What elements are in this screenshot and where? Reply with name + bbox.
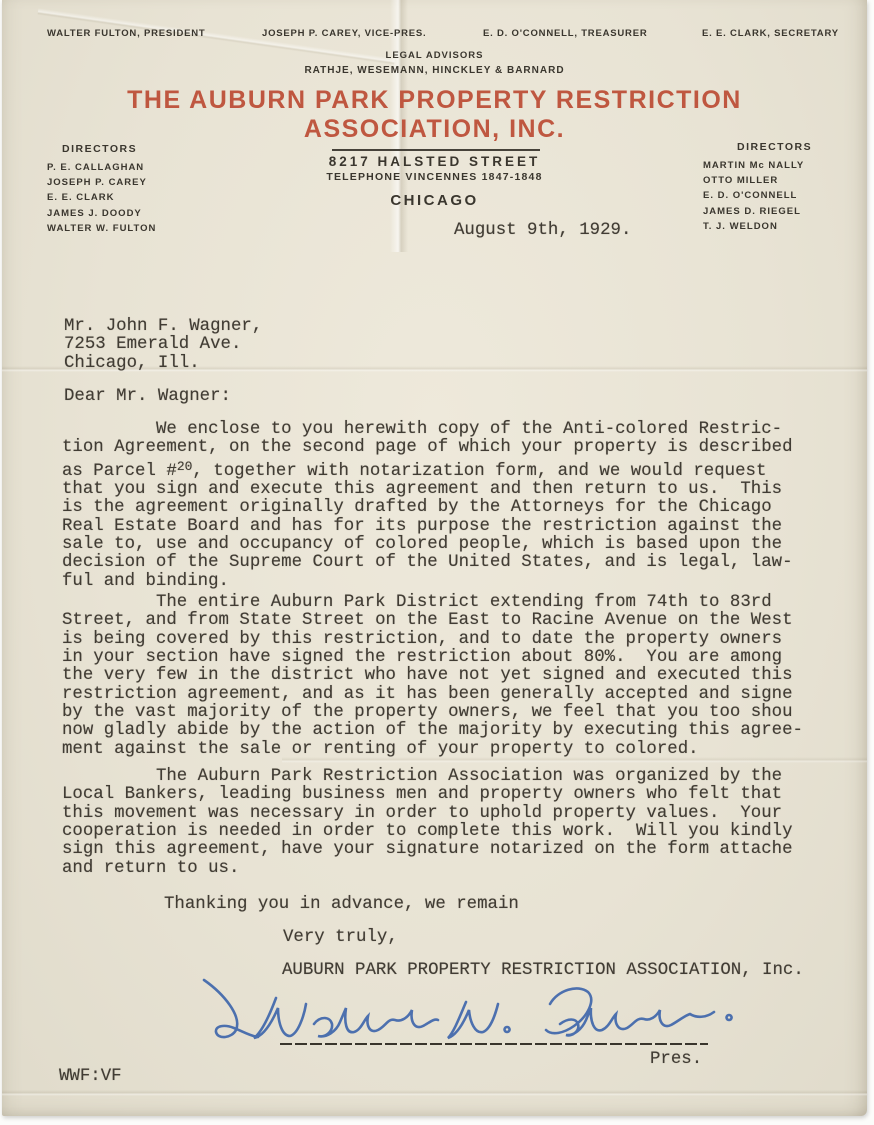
title-rule xyxy=(332,149,540,151)
directors-list-right: MARTIN Mc NALLY OTTO MILLER E. D. O'CONN… xyxy=(703,158,804,234)
org-title-line1: THE AUBURN PARK PROPERTY RESTRICTION xyxy=(2,86,867,115)
officer-treasurer: E. D. O'CONNELL, TREASURER xyxy=(483,28,648,39)
signature-name-text: Walter W. Fulton xyxy=(2,0,3,1)
directors-list-left: P. E. CALLAGHAN JOSEPH P. CAREY E. E. CL… xyxy=(47,160,156,236)
parcel-number-superscript: 20 xyxy=(177,459,193,474)
paragraph-1-text: , together with notarization form, and w… xyxy=(62,462,793,591)
directors-label-left: DIRECTORS xyxy=(62,143,137,155)
paragraph-1: We enclose to you herewith copy of the A… xyxy=(62,421,842,591)
org-title-line2: ASSOCIATION, INC. xyxy=(2,115,867,144)
closing-thanks: Thanking you in advance, we remain xyxy=(164,896,519,914)
horizontal-crease xyxy=(2,1090,867,1096)
paragraph-2: The entire Auburn Park District extendin… xyxy=(62,594,852,759)
legal-advisors-label: LEGAL ADVISORS xyxy=(2,50,867,61)
signer-title: Pres. xyxy=(650,1051,702,1069)
recipient-address: Mr. John F. Wagner, 7253 Emerald Ave. Ch… xyxy=(64,318,262,373)
directors-label-right: DIRECTORS xyxy=(737,141,812,153)
officer-vice-pres: JOSEPH P. CAREY, VICE-PRES. xyxy=(262,28,427,39)
signature-line xyxy=(280,1043,708,1045)
officer-president: WALTER FULTON, PRESIDENT xyxy=(47,28,206,39)
salutation: Dear Mr. Wagner: xyxy=(64,388,231,406)
letter-paper: WALTER FULTON, PRESIDENT JOSEPH P. CAREY… xyxy=(2,0,867,1116)
legal-advisors-names: RATHJE, WESEMANN, HINCKLEY & BARNARD xyxy=(2,65,867,76)
closing-valediction: Very truly, xyxy=(283,929,398,947)
date-line: August 9th, 1929. xyxy=(454,222,631,240)
document-photo: { "colors": { "accent_red": "#bf5740", "… xyxy=(0,0,874,1125)
officer-secretary: E. E. CLARK, SECRETARY xyxy=(702,28,839,39)
typist-initials: WWF:VF xyxy=(59,1068,122,1086)
paragraph-3: The Auburn Park Restriction Association … xyxy=(62,768,852,878)
